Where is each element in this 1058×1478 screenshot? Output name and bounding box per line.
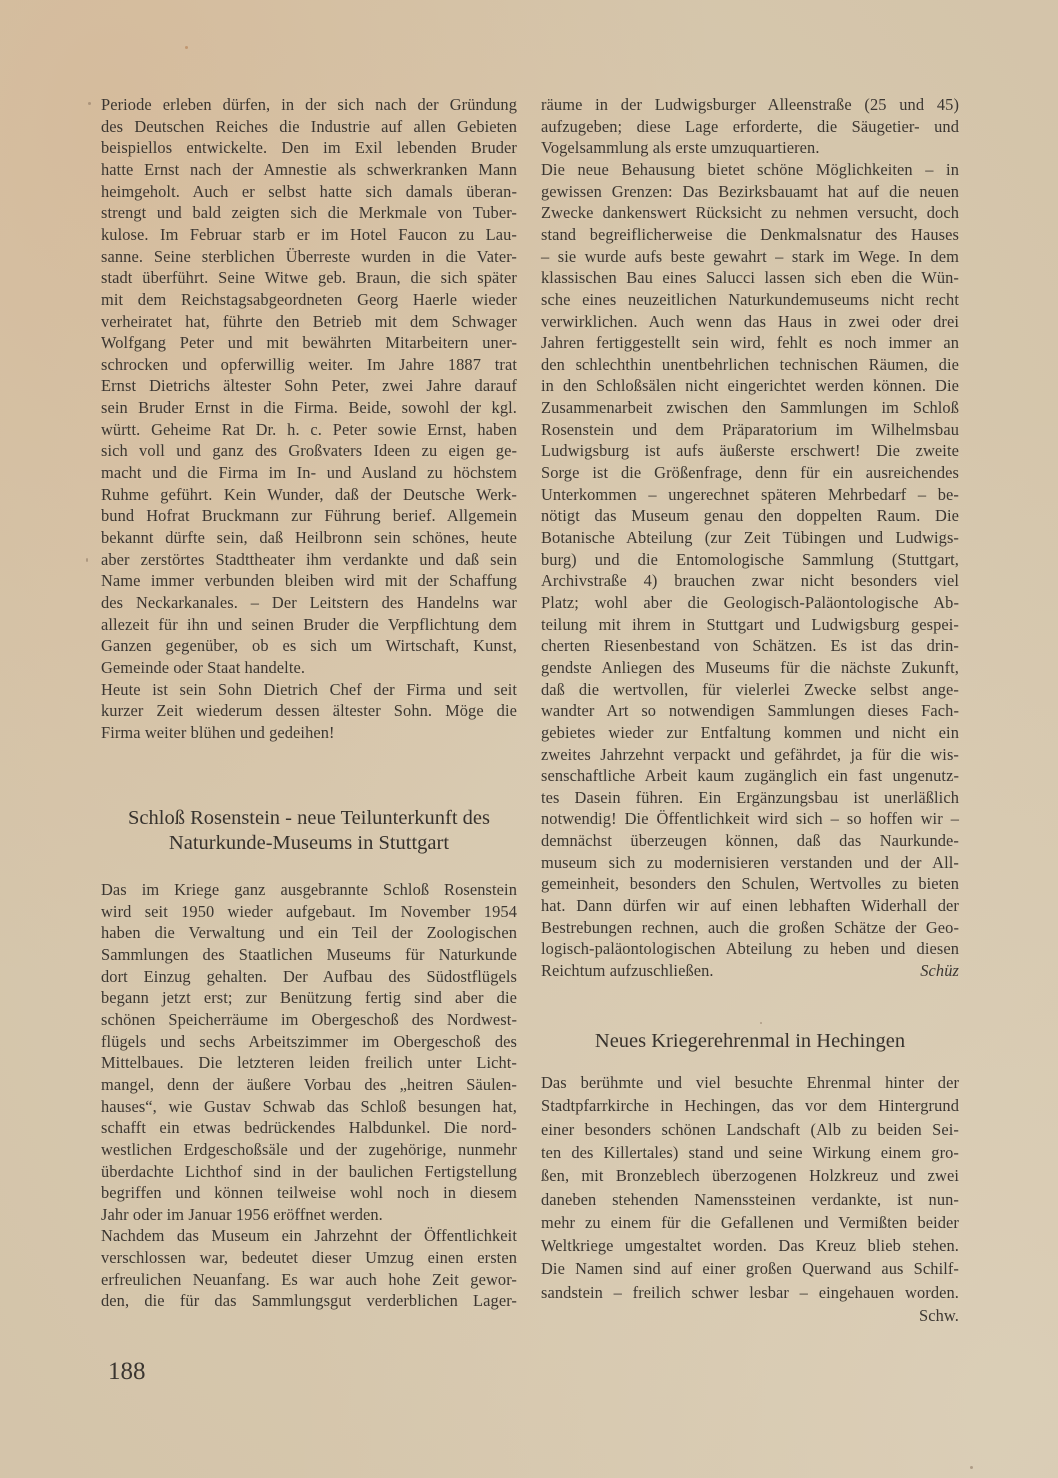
text-line: Zusammenarbeit zwischen den Sammlungen i… [541, 398, 959, 418]
text-line: daß die wertvollen, für vielerlei Zwecke… [541, 680, 959, 700]
text-line: cherten Riesenbestand von Schätzen. Es i… [541, 636, 959, 656]
text-line: des Deutschen Reiches die Industrie auf … [101, 117, 517, 137]
text-line: burg) und die Entomologische Sammlung (S… [541, 550, 959, 570]
text-line: Ruhme geführt. Kein Wunder, daß der Deut… [101, 485, 517, 505]
text-line: begann jetzt erst; zur Benützung fertig … [101, 988, 517, 1008]
text-line: gendste Anliegen des Museums für die näc… [541, 658, 959, 678]
text-line: aber zerstörtes Stadttheater ihm verdank… [101, 550, 517, 570]
text-line: mit dem Reichstagsabgeordneten Georg Hae… [101, 290, 517, 310]
text-line: logisch-paläontologischen Abteilung zu h… [541, 939, 959, 959]
author-signature-schw: Schw. [541, 1306, 959, 1326]
text-line: dort Einzug gehalten. Der Aufbau des Süd… [101, 967, 517, 987]
text-line: ten des Killertales) stand und seine Wir… [541, 1143, 959, 1163]
left-column: Periode erleben dürfen, in der sich nach… [101, 0, 517, 1478]
text-line: Heute ist sein Sohn Dietrich Chef der Fi… [101, 680, 517, 700]
text-line: Gemeinde oder Staat handelte. [101, 658, 517, 678]
text-line: Die Namen sind auf einer großen Querwand… [541, 1259, 959, 1279]
text-line: macht und die Firma im In- und Ausland z… [101, 463, 517, 483]
text-line: hauses“, wie Gustav Schwab das Schloß be… [101, 1097, 517, 1117]
paper-speck [86, 558, 88, 562]
text-line: flügels und sechs Arbeitszimmer im Oberg… [101, 1032, 517, 1052]
text-line: museum sich zu modernisieren verstanden … [541, 853, 959, 873]
text-line: zweites Jahrzehnt verpackt und gefährdet… [541, 745, 959, 765]
paper-speck [760, 1022, 762, 1024]
text-line: teilung mit ihrem in Stuttgart und Ludwi… [541, 615, 959, 635]
text-line: aufzugeben; diese Lage erforderte, die S… [541, 117, 959, 137]
text-line: einer besonders schönen Landschaft (Alb … [541, 1120, 959, 1140]
text-line: Jahren fertiggestellt sein wird, fehlt e… [541, 333, 959, 353]
text-line: gewissen Grenzen: Das Bezirksbauamt hat … [541, 182, 959, 202]
text-line: Weltkriege umgestaltet worden. Das Kreuz… [541, 1236, 959, 1256]
text-line: stadt überführt. Seine Witwe geb. Braun,… [101, 268, 517, 288]
text-line: wandter Art so notwendigen Sammlungen di… [541, 701, 959, 721]
text-line: württ. Geheime Rat Dr. h. c. Peter sowie… [101, 420, 517, 440]
text-line: wird seit 1950 wieder aufgebaut. Im Nove… [101, 902, 517, 922]
text-line: mangel, denn der äußere Vorbau des „heit… [101, 1075, 517, 1095]
paper-speck [185, 46, 188, 49]
text-line: schrocken und opferwillig weiter. Im Jah… [101, 355, 517, 375]
page-number: 188 [108, 1358, 146, 1386]
author-signature-schuez: Schüz [541, 961, 959, 981]
text-line: Wolfgang Peter und mit bewährten Mitarbe… [101, 333, 517, 353]
article-title-schloss-rosenstein-line-1: Schloß Rosenstein - neue Teilunterkunft … [101, 806, 517, 830]
text-line: Ernst Dietrichs ältester Sohn Peter, zwe… [101, 376, 517, 396]
text-line: Sammlungen des Staatlichen Museums für N… [101, 945, 517, 965]
text-line: sein Bruder Ernst in die Firma. Beide, s… [101, 398, 517, 418]
text-line: Das berühmte und viel besuchte Ehrenmal … [541, 1073, 959, 1093]
article-title-kriegerehrenmal: Neues Kriegerehrenmal in Hechingen [541, 1029, 959, 1053]
paper-speck [88, 102, 91, 105]
text-line: – sie wurde aufs beste gewahrt – stark i… [541, 247, 959, 267]
text-line: demnächst überzeugen können, daß das Nau… [541, 831, 959, 851]
text-line: verheiratet hat, führte den Betrieb mit … [101, 312, 517, 332]
paper-speck [970, 1466, 973, 1469]
text-line: Sorge ist die Größenfrage, denn für ein … [541, 463, 959, 483]
text-line: bund Hofrat Bruckmann zur Führung berief… [101, 506, 517, 526]
text-line: sanne. Seine sterblichen Überreste wurde… [101, 247, 517, 267]
text-line: erfreulichen Neuanfang. Es war auch hohe… [101, 1270, 517, 1290]
text-line: hat. Dann dürfen wir auf einen lebhaften… [541, 896, 959, 916]
text-line: mehr zu einem für die Gefallenen und Ver… [541, 1213, 959, 1233]
text-line: Bestrebungen rechnen, auch die großen Sc… [541, 918, 959, 938]
text-line: Zwecke dankenswert Rücksicht zu nehmen v… [541, 203, 959, 223]
text-line: nötigt das Museum genau den doppelten Ra… [541, 506, 959, 526]
text-line: verwirklichen. Auch wenn das Haus in zwe… [541, 312, 959, 332]
text-line: kulose. Im Februar starb er im Hotel Fau… [101, 225, 517, 245]
text-line: Stadtpfarrkirche in Hechingen, das vor d… [541, 1096, 959, 1116]
text-line: Botanische Abteilung (zur Zeit Tübingen … [541, 528, 959, 548]
text-line: Vogelsammlung als erste umzuquartieren. [541, 138, 959, 158]
text-line: Name immer verbunden bleiben wird mit de… [101, 571, 517, 591]
text-line: kurzer Zeit wiederum dessen ältester Soh… [101, 701, 517, 721]
text-line: begriffen und können teilweise wohl noch… [101, 1183, 517, 1203]
text-line: daneben stehenden Namenssteinen verdankt… [541, 1190, 959, 1210]
text-line: Jahr oder im Januar 1956 eröffnet werden… [101, 1205, 517, 1225]
text-line: Nachdem das Museum ein Jahrzehnt der Öff… [101, 1226, 517, 1246]
text-line: den, die für das Sammlungsgut verderblic… [101, 1291, 517, 1311]
text-line: westlichen Erdgeschoßsäle und der zugehö… [101, 1140, 517, 1160]
text-line: des Neckarkanales. – Der Leitstern des H… [101, 593, 517, 613]
text-line: Platz; wohl aber die Geologisch-Paläonto… [541, 593, 959, 613]
text-line: haben die Verwaltung und ein Teil der Zo… [101, 923, 517, 943]
text-line: in den Schloßsälen nicht eingerichtet we… [541, 376, 959, 396]
text-line: sche eines neuzeitlichen Naturkundemuseu… [541, 290, 959, 310]
right-column: räume in der Ludwigsburger Alleenstraße … [541, 0, 959, 1478]
text-line: ßen, mit Bronzeblech überzogenen Holzkre… [541, 1166, 959, 1186]
text-line: tes Dasein führen. Ein Ergänzungsbau ist… [541, 788, 959, 808]
text-line: Ludwigsburg ist aufs äußerste erschwert!… [541, 441, 959, 461]
text-line: schönen Speicherräume im Obergeschoß des… [101, 1010, 517, 1030]
text-line: hatte Ernst nach der Amnestie als schwer… [101, 160, 517, 180]
text-line: klassischen Bau eines Salucci lassen sic… [541, 268, 959, 288]
text-line: Firma weiter blühen und gedeihen! [101, 723, 517, 743]
paper-speck [187, 1000, 189, 1002]
text-line: sandstein – freilich schwer lesbar – ein… [541, 1283, 959, 1303]
text-line: beispiellos entwickelte. Den im Exil leb… [101, 138, 517, 158]
text-line: Unterkommen – ungerechnet späteren Mehrb… [541, 485, 959, 505]
text-line: heimgeholt. Auch er selbst hatte sich da… [101, 182, 517, 202]
text-line: überdachte Lichthof sind in der bauliche… [101, 1162, 517, 1182]
text-line: sich voll und ganz des Großvaters Ideen … [101, 441, 517, 461]
text-line: Rosenstein und dem Präparatorium im Wilh… [541, 420, 959, 440]
article-title-schloss-rosenstein-line-2: Naturkunde-Museums in Stuttgart [101, 831, 517, 855]
document-page: Periode erleben dürfen, in der sich nach… [0, 0, 1058, 1478]
text-line: Die neue Behausung bietet schöne Möglich… [541, 160, 959, 180]
text-line: notwendig! Die Öffentlichkeit wird sich … [541, 809, 959, 829]
text-line: räume in der Ludwigsburger Alleenstraße … [541, 95, 959, 115]
text-line: gemeinheit, besonders den Schulen, Wertv… [541, 874, 959, 894]
text-line: stand begreiflicherweise die Denkmalsnat… [541, 225, 959, 245]
text-line: gebietes wieder zur Entfaltung kommen un… [541, 723, 959, 743]
text-line: Ganzen gegenüber, ob es sich um Wirtscha… [101, 636, 517, 656]
text-line: den schlechthin unentbehrlichen technisc… [541, 355, 959, 375]
text-line: verschlossen war, bedeutet dieser Umzug … [101, 1248, 517, 1268]
text-line: Archivstraße 4) brauchen zwar nicht beso… [541, 571, 959, 591]
text-line: senschaftliche Arbeit kaum zugänglich ei… [541, 766, 959, 786]
text-line: Mittelbaues. Die letzteren leiden freili… [101, 1053, 517, 1073]
text-line: allezeit für ihn und seinen Bruder die V… [101, 615, 517, 635]
text-line: schafft ein etwas bedrückendes Halbdunke… [101, 1118, 517, 1138]
text-line: bekannt dürfte sein, daß Heilbronn sein … [101, 528, 517, 548]
text-line: Das im Kriege ganz ausgebrannte Schloß R… [101, 880, 517, 900]
text-line: Periode erleben dürfen, in der sich nach… [101, 95, 517, 115]
text-line: strengt und bald zeigten sich die Merkma… [101, 203, 517, 223]
